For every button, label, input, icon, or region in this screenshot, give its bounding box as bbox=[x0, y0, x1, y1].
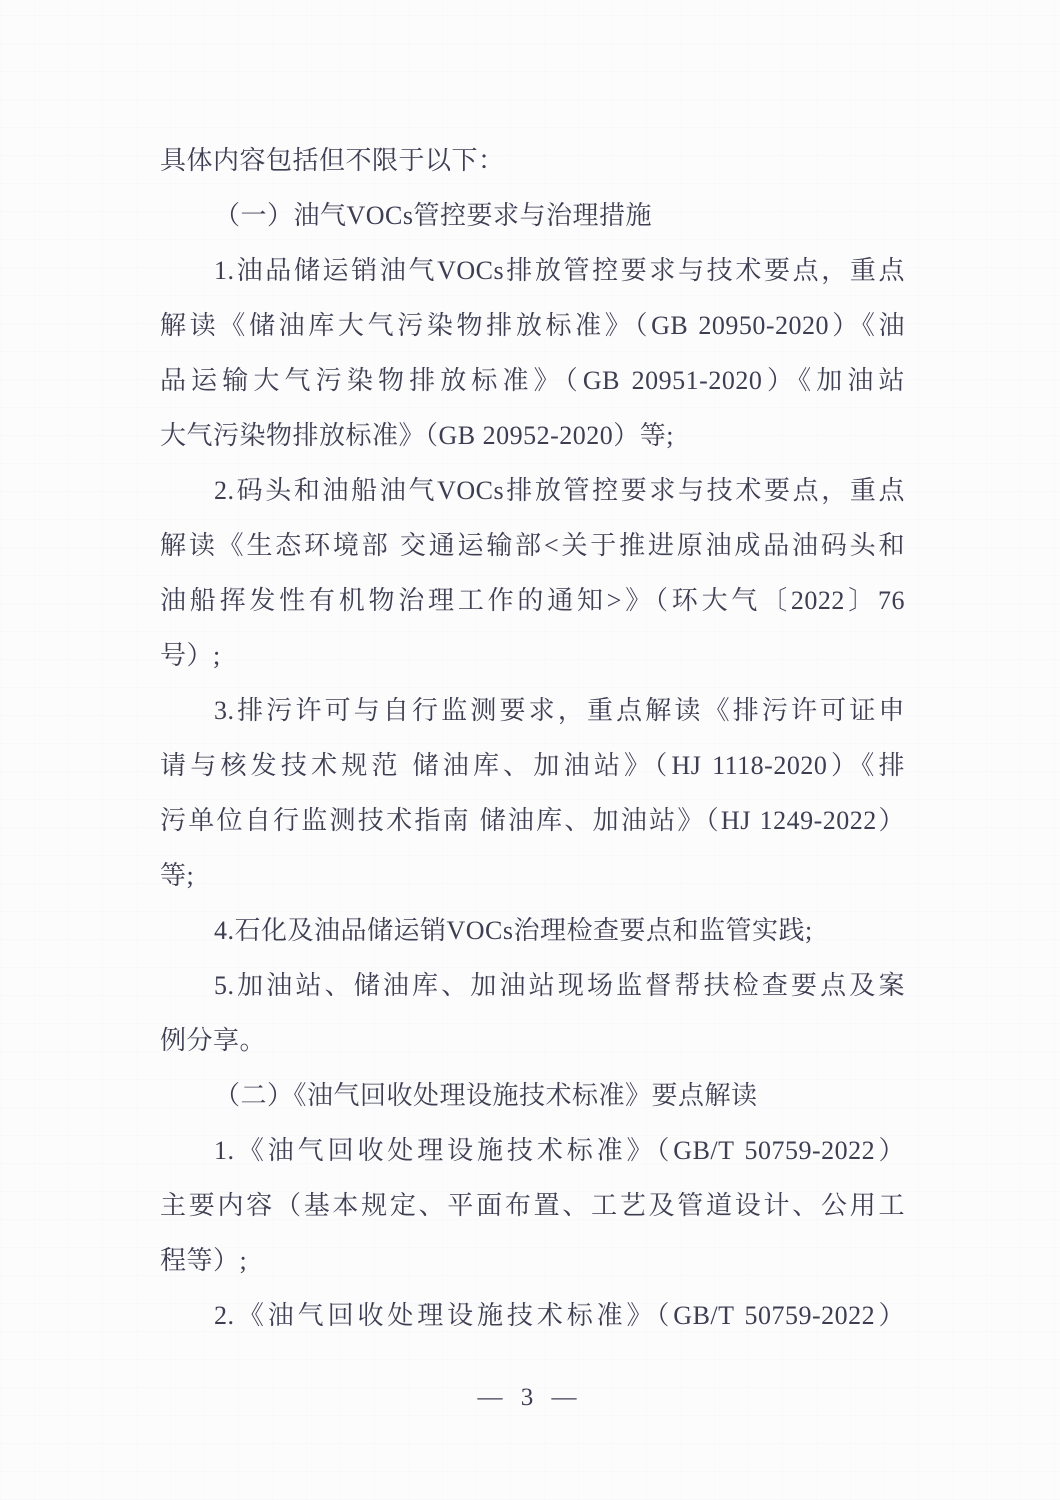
text-line: 等; bbox=[160, 848, 905, 903]
text-line: 具体内容包括但不限于以下： bbox=[160, 133, 905, 188]
text-line: （一）油气VOCs管控要求与治理措施 bbox=[160, 188, 905, 243]
text-line: 1.《油气回收处理设施技术标准》（GB/T 50759-2022） bbox=[160, 1123, 905, 1178]
text-line: 油船挥发性有机物治理工作的通知>》（环大气〔2022〕76 bbox=[160, 573, 905, 628]
text-line: 3.排污许可与自行监测要求，重点解读《排污许可证申 bbox=[160, 683, 905, 738]
page-number: — 3 — bbox=[478, 1384, 583, 1411]
text-line: 污单位自行监测技术指南 储油库、加油站》（HJ 1249-2022） bbox=[160, 793, 905, 848]
text-line: 号）; bbox=[160, 628, 905, 683]
text-line: 主要内容（基本规定、平面布置、工艺及管道设计、公用工 bbox=[160, 1178, 905, 1233]
text-line: 4.石化及油品储运销VOCs治理检查要点和监管实践; bbox=[160, 903, 905, 958]
text-line: 大气污染物排放标准》（GB 20952-2020）等; bbox=[160, 408, 905, 463]
text-line: 2.《油气回收处理设施技术标准》（GB/T 50759-2022） bbox=[160, 1288, 905, 1343]
text-line: 5.加油站、储油库、加油站现场监督帮扶检查要点及案 bbox=[160, 958, 905, 1013]
text-line: 1.油品储运销油气VOCs排放管控要求与技术要点，重点 bbox=[160, 243, 905, 298]
text-line: （二）《油气回收处理设施技术标准》要点解读 bbox=[160, 1068, 905, 1123]
text-line: 程等）; bbox=[160, 1233, 905, 1288]
page-footer: — 3 — bbox=[0, 1378, 1060, 1418]
text-line: 品运输大气污染物排放标准》（GB 20951-2020）《加油站 bbox=[160, 353, 905, 408]
text-line: 请与核发技术规范 储油库、加油站》（HJ 1118-2020）《排 bbox=[160, 738, 905, 793]
text-line: 解读《生态环境部 交通运输部<关于推进原油成品油码头和 bbox=[160, 518, 905, 573]
document-page: 具体内容包括但不限于以下：（一）油气VOCs管控要求与治理措施1.油品储运销油气… bbox=[0, 0, 1060, 1500]
document-body: 具体内容包括但不限于以下：（一）油气VOCs管控要求与治理措施1.油品储运销油气… bbox=[160, 133, 905, 1343]
text-line: 例分享。 bbox=[160, 1013, 905, 1068]
text-line: 2.码头和油船油气VOCs排放管控要求与技术要点，重点 bbox=[160, 463, 905, 518]
text-line: 解读《储油库大气污染物排放标准》（GB 20950-2020）《油 bbox=[160, 298, 905, 353]
